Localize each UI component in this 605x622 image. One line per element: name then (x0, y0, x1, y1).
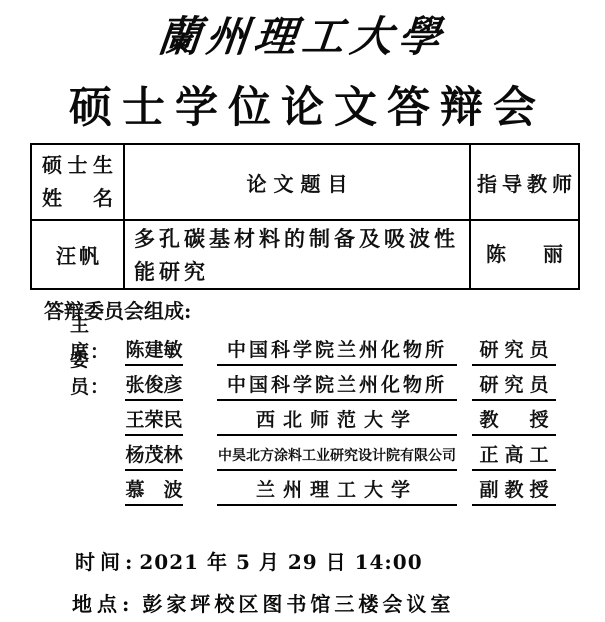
member-affiliation: 中昊北方涂料工业研究设计院有限公司 (217, 445, 457, 471)
member-role (70, 434, 125, 436)
committee-row-member: 王荣民 西北师范大学 教 授 (70, 401, 556, 436)
info-table-header-row: 硕士生 姓名 论文题目 指导教师 (31, 144, 579, 220)
advisor-name-cell: 陈丽 (470, 220, 579, 289)
member-affiliation: 西北师范大学 (217, 405, 457, 436)
member-name: 慕 波 (125, 475, 183, 506)
member-title: 副教授 (472, 475, 556, 506)
member-title: 正高工 (472, 440, 556, 471)
member-affiliation: 中国科学院兰州化物所 (217, 370, 457, 401)
committee-row-member: 杨茂林 中昊北方涂料工业研究设计院有限公司 正高工 (70, 436, 556, 471)
member-affiliation: 兰州理工大学 (217, 475, 457, 506)
committee-row-member: 委员： 张俊彦 中国科学院兰州化物所 研究员 (70, 366, 556, 401)
member-role (70, 504, 125, 506)
time-value: 2021 年 5 月 29 日 14:00 (139, 550, 422, 574)
university-calligraphy-logo: 蘭州理工大學 (0, 4, 605, 64)
time-label: 时间: (75, 550, 137, 574)
committee-row-chair: 主席： 陈建敏 中国科学院兰州化物所 研究员 (70, 331, 556, 366)
page-title: 硕士学位论文答辩会 (0, 74, 605, 135)
member-name: 张俊彦 (125, 370, 183, 401)
advisor-header-cell: 指导教师 (470, 144, 579, 220)
member-title: 教 授 (472, 405, 556, 436)
student-header-line1: 硕士生 (42, 149, 113, 182)
committee-row-member: 慕 波 兰州理工大学 副教授 (70, 471, 556, 506)
info-table-data-row: 汪帆 多孔碳基材料的制备及吸波性能研究 陈丽 (31, 220, 579, 289)
member-name: 杨茂林 (125, 440, 183, 471)
place-label: 地点: (72, 592, 134, 616)
info-table: 硕士生 姓名 论文题目 指导教师 汪帆 多孔碳基材料的制备及吸波性能研究 陈丽 (30, 143, 580, 290)
member-name: 陈建敏 (125, 335, 183, 366)
member-affiliation: 中国科学院兰州化物所 (217, 335, 457, 366)
place-value: 彭家坪校区图书馆三楼会议室 (142, 592, 454, 616)
member-name: 王荣民 (125, 405, 183, 436)
student-header-line2: 姓名 (42, 182, 113, 215)
member-role (70, 469, 125, 471)
member-role: 委员： (70, 345, 125, 401)
member-title: 研究员 (472, 335, 556, 366)
committee-list: 主席： 陈建敏 中国科学院兰州化物所 研究员 委员： 张俊彦 中国科学院兰州化物… (70, 331, 556, 506)
student-name-cell: 汪帆 (31, 220, 124, 289)
thesis-title-header-cell: 论文题目 (124, 144, 470, 220)
student-name-header-cell: 硕士生 姓名 (31, 144, 124, 220)
thesis-title-cell: 多孔碳基材料的制备及吸波性能研究 (124, 220, 470, 289)
member-title: 研究员 (472, 370, 556, 401)
defense-announcement-document: 蘭州理工大學 硕士学位论文答辩会 硕士生 姓名 论文题目 指导教师 汪帆 多孔碳… (0, 0, 605, 622)
time-line: 时间:2021 年 5 月 29 日 14:00 (75, 546, 423, 575)
place-line: 地点:彭家坪校区图书馆三楼会议室 (72, 588, 454, 617)
advisor-name: 陈丽 (486, 238, 563, 271)
